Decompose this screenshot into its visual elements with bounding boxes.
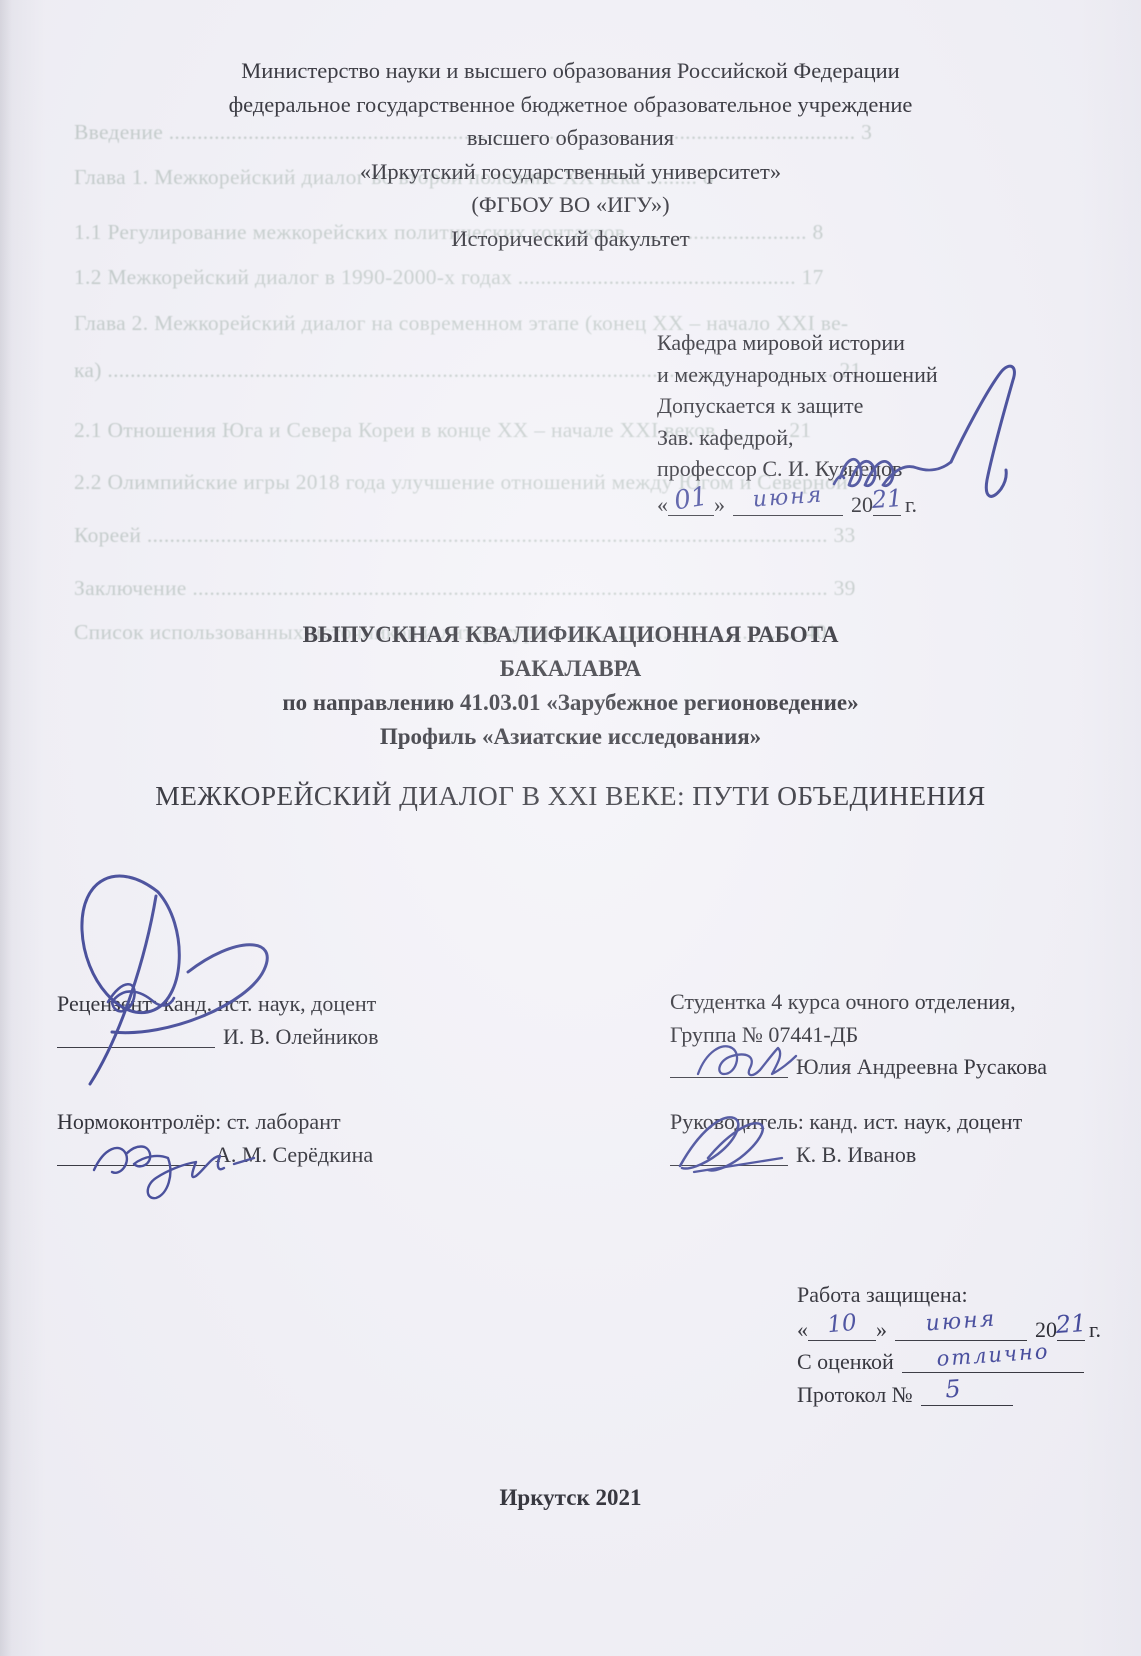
norm-controller-signature: [82, 1118, 282, 1206]
education-level-line: высшего образования: [0, 121, 1141, 155]
work-type-block: ВЫПУСКНАЯ КВАЛИФИКАЦИОННАЯ РАБОТА БАКАЛА…: [0, 618, 1141, 754]
department-head-signature: [828, 358, 1056, 530]
year-blank: 21: [1057, 1318, 1085, 1341]
day-blank: 10: [808, 1318, 876, 1341]
grade-blank: отлично: [902, 1350, 1084, 1373]
institution-line: федеральное государственное бюджетное об…: [0, 88, 1141, 122]
handwritten-year: 21: [1055, 1307, 1088, 1342]
student-role: Студентка 4 курса очного отделения,: [670, 986, 1047, 1019]
student-signature: [688, 1030, 803, 1086]
university-abbr-line: (ФГБОУ ВО «ИГУ»): [0, 188, 1141, 222]
work-direction-line: по направлению 41.03.01 «Зарубежное реги…: [0, 686, 1141, 720]
faculty-line: Исторический факультет: [0, 222, 1141, 256]
quote-open: «: [657, 492, 668, 517]
quote-close: »: [876, 1317, 887, 1342]
reviewer-signature: [38, 852, 378, 1087]
month-blank: июня: [733, 493, 843, 516]
day-blank: 01: [668, 493, 714, 516]
work-type-line-1: ВЫПУСКНАЯ КВАЛИФИКАЦИОННАЯ РАБОТА: [0, 618, 1141, 652]
defense-block: Работа защищена: «10»июня2021г. С оценко…: [797, 1279, 1101, 1411]
protocol-line: Протокол №5: [797, 1379, 1101, 1412]
university-name-line: «Иркутский государственный университет»: [0, 155, 1141, 189]
protocol-label: Протокол №: [797, 1382, 913, 1407]
supervisor-signature: [664, 1108, 814, 1180]
department-line-1: Кафедра мировой истории: [657, 327, 938, 359]
protocol-blank: 5: [921, 1383, 1013, 1406]
quote-open: «: [797, 1317, 808, 1342]
bleed-through-line: Заключение .............................…: [74, 576, 1086, 601]
city-year: Иркутск 2021: [0, 1485, 1141, 1511]
handwritten-protocol-number: 5: [944, 1373, 962, 1406]
supervisor-name: К. В. Иванов: [796, 1142, 916, 1167]
quote-close: »: [714, 492, 725, 517]
ministry-line: Министерство науки и высшего образования…: [0, 54, 1141, 88]
year-suffix: г.: [1089, 1317, 1101, 1342]
bleed-through-line: 1.2 Межкорейский диалог в 1990-2000-х го…: [74, 265, 1086, 290]
student-name: Юлия Андреевна Русакова: [796, 1054, 1047, 1079]
work-type-line-2: БАКАЛАВРА: [0, 652, 1141, 686]
handwritten-day: 10: [826, 1307, 858, 1342]
university-header: Министерство науки и высшего образования…: [0, 54, 1141, 255]
work-profile-line: Профиль «Азиатские исследования»: [0, 720, 1141, 754]
handwritten-month: июня: [752, 480, 825, 516]
scanned-thesis-title-page: Введение ...............................…: [0, 0, 1141, 1656]
thesis-title: МЕЖКОРЕЙСКИЙ ДИАЛОГ В XXI ВЕКЕ: ПУТИ ОБЪ…: [0, 780, 1141, 812]
grade-label: С оценкой: [797, 1349, 894, 1374]
handwritten-day: 01: [672, 482, 710, 518]
handwritten-month: июня: [925, 1304, 998, 1341]
